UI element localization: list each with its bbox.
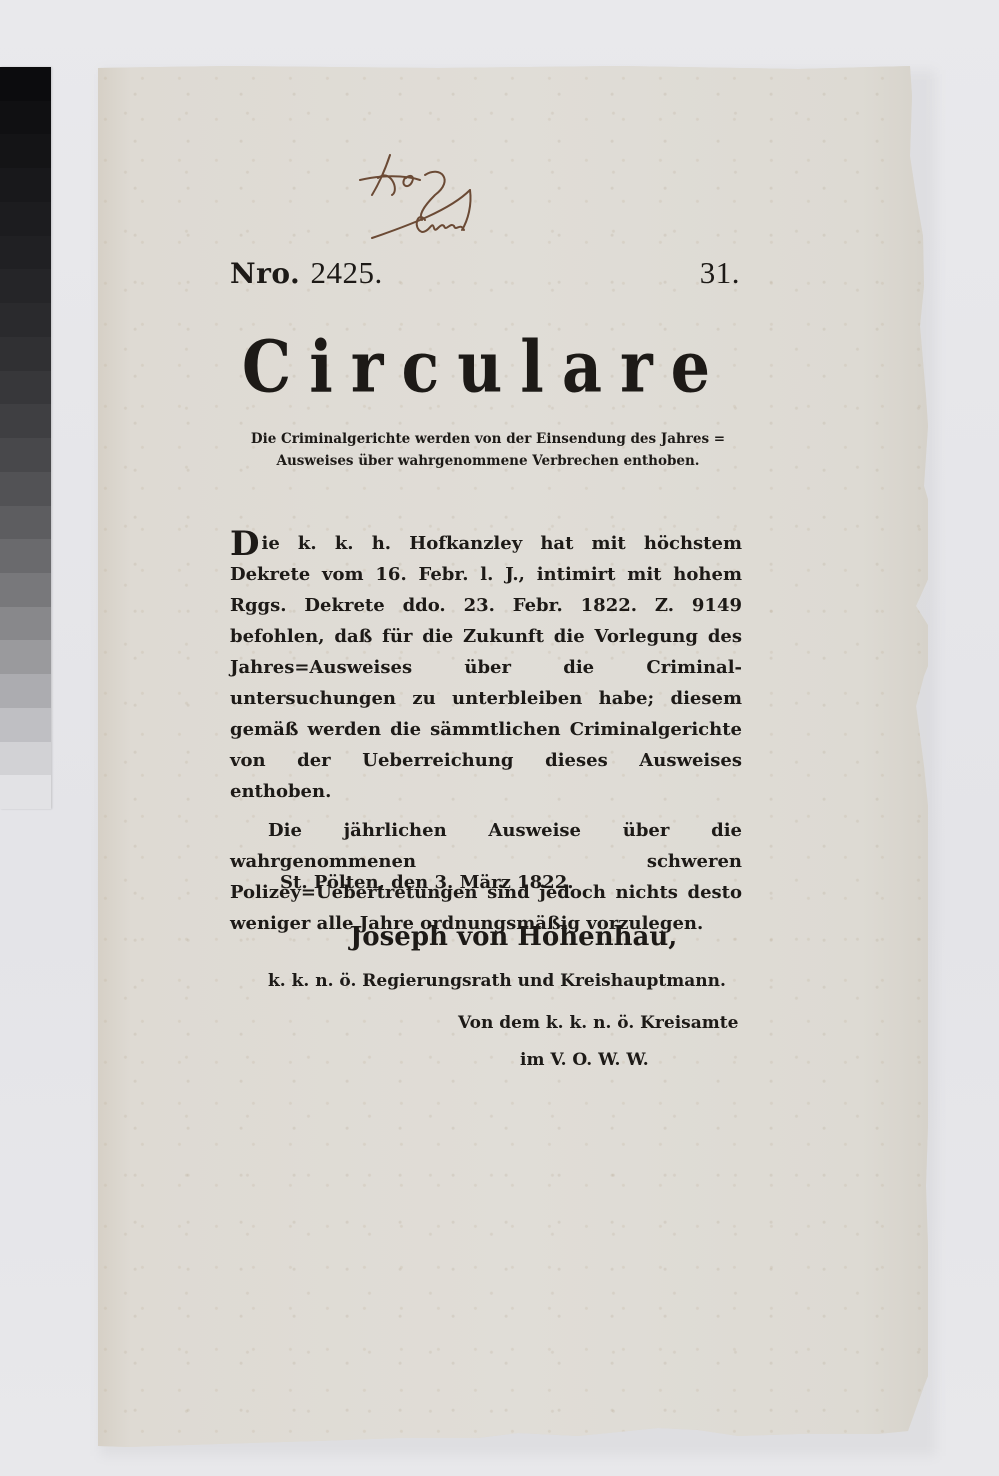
number-label: Nro.: [230, 257, 300, 290]
document-header: Nro. 2425. 31.: [230, 255, 740, 291]
paragraph-1-text: ie k. k. h. Hofkanzley hat mit höchstem …: [230, 533, 742, 802]
document-subtitle: Die Criminalgerichte werden von der Eins…: [228, 428, 748, 472]
document-content: Nro. 2425. 31. Circulare Die Criminalger…: [0, 0, 999, 1476]
issuing-office: Von dem k. k. n. ö. Kreisamte: [458, 1013, 738, 1033]
paragraph-1: Die k. k. h. Hofkanzley hat mit höchstem…: [230, 528, 742, 807]
drop-cap: D: [230, 534, 259, 554]
signer-title: k. k. n. ö. Regierungsrath und Kreishaup…: [268, 971, 726, 991]
handwritten-annotation: [330, 150, 500, 240]
page-number: 31.: [700, 255, 740, 291]
number-value: 2425.: [311, 255, 383, 290]
date-line: St. Pölten, den 3. März 1822.: [280, 872, 574, 893]
document-title: Circulare: [220, 325, 750, 409]
signer-name: Joseph von Hohenhau,: [350, 922, 677, 952]
issuing-office-region: im V. O. W. W.: [520, 1050, 649, 1070]
document-number: Nro. 2425.: [230, 255, 383, 291]
